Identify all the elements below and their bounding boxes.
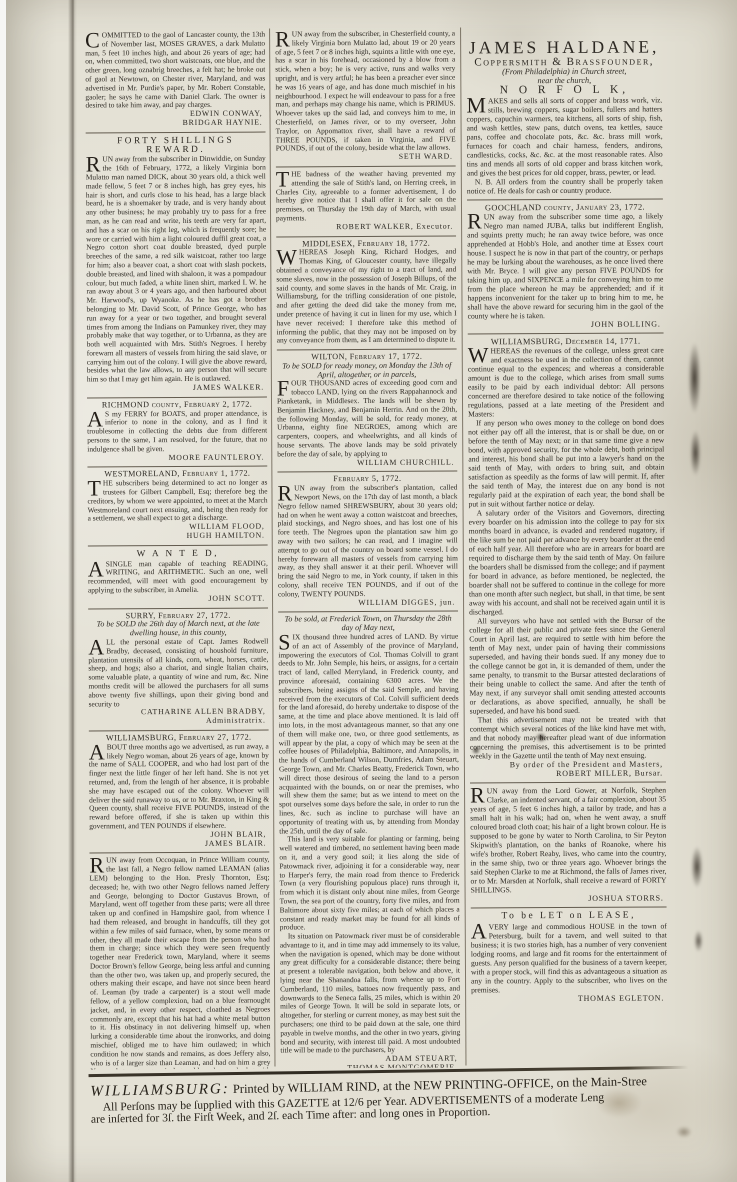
paragraph-text: S my FERRY for BOATS, and proper attenda… [87, 408, 267, 453]
article-paragraph: THE badness of the weather having preven… [276, 169, 456, 223]
article-paragraph: THE subscribers being determined to act … [87, 479, 267, 524]
paragraph-text: UN away from the subscriber some time ag… [467, 212, 663, 321]
article: WESTMORELAND, February 1, 1772.THE subsc… [87, 466, 267, 541]
signature: HUGH HAMILTON. [88, 532, 268, 542]
article: MIDDLESEX, February 18, 1772.WHEREAS Jos… [276, 235, 457, 346]
paragraph-text: Its situation on Patowmack river must be… [280, 931, 461, 1055]
article-paragraph: COMMITTED to the gaol of Lancaster count… [85, 31, 265, 111]
paper-stain [596, 1088, 642, 1118]
ink-stain [691, 846, 703, 888]
signature: ROBERT MILLER, Bursar. [470, 769, 666, 779]
column-right: JAMES HALDANE,Coppersmith & Brassfounder… [466, 32, 667, 1003]
paragraph-text: LL the personal estate of Capt. James Ro… [88, 637, 268, 709]
paragraph-text: AKES and sells all sorts of copper and b… [467, 96, 663, 178]
article: W A N T E D,ASINGLE man capable of teach… [88, 544, 268, 604]
drop-cap: W [276, 249, 299, 266]
article: RUN away from the subscriber, in Chester… [275, 28, 456, 163]
paragraph-text: A salutary order of the Visitors and Gov… [469, 508, 665, 617]
article: THE badness of the weather having preven… [276, 165, 456, 232]
article-paragraph: ASINGLE man capable of teaching READING,… [88, 559, 268, 595]
drop-cap: W [468, 346, 491, 363]
paragraph-text: All surveyors who have not settled with … [469, 616, 665, 716]
column-divider [460, 28, 466, 1066]
ink-blot [536, 733, 546, 742]
paragraph-text: OMMITTED to the gaol of Lancaster county… [85, 30, 265, 110]
drop-cap: M [466, 96, 488, 113]
article: RICHMOND county, February 2, 1772.AS my … [87, 396, 267, 463]
article-paragraph: RUN away from the Lord Gower, at Norfolk… [470, 786, 667, 895]
paragraph-text: This land is very suitable for planting … [279, 834, 459, 932]
article-paragraph: All surveyors who have not settled with … [469, 616, 666, 716]
article-paragraph: RUN away from the subscriber some time a… [467, 212, 664, 321]
page-content: COMMITTED to the gaol of Lancaster count… [0, 0, 737, 1182]
ink-blot [472, 747, 480, 754]
article-paragraph: WHEREAS Joseph King, Richard Hodges, and… [276, 248, 457, 346]
article-paragraph: RUN away from Occoquan, in Prince Willia… [89, 856, 270, 1070]
article-paragraph: A salutary order of the Visitors and Gov… [469, 508, 666, 617]
newspaper-page: COMMITTED to the gaol of Lancaster count… [0, 0, 737, 1182]
drop-cap: A [89, 743, 107, 760]
paragraph-text: OUR THOUSAND acres of exceeding good cor… [277, 378, 457, 458]
signature: JAMES WALKER. [87, 384, 267, 394]
article-paragraph: WHEREAS the revenues of the college, unl… [468, 346, 664, 419]
drop-cap: R [467, 212, 484, 229]
drop-cap: C [85, 31, 102, 48]
paragraph-text: N. B. All orders from the country shall … [467, 177, 663, 196]
paragraph-text: SINGLE man capable of teaching READING, … [88, 558, 268, 594]
ink-stain [690, 430, 701, 476]
column-divider [269, 29, 275, 1067]
article-heading: N O R F O L K, [466, 86, 662, 96]
article-paragraph: RUN away from the subscriber's plantatio… [277, 484, 458, 599]
drop-cap: S [278, 633, 292, 650]
signature: THOMAS MONTGOMERIE, [280, 1064, 460, 1069]
drop-cap: A [88, 560, 106, 577]
signature: Administratrix. [89, 717, 269, 727]
signature: BRIDGAR HAYNIE. [86, 119, 266, 129]
signature: JOSHUA STORRS. [471, 894, 667, 904]
paragraph-text: UN away from the subscriber's plantation… [278, 483, 458, 599]
drop-cap: A [88, 638, 106, 655]
article: To be sold, at Frederick Town, on Thursd… [278, 611, 460, 1069]
drop-cap: R [275, 30, 292, 47]
article: WILTON, February 17, 1772.To be SOLD for… [277, 349, 458, 468]
article-paragraph: RUN away from the subscriber in Dinwiddi… [86, 155, 267, 385]
article-paragraph: Its situation on Patowmack river must be… [280, 932, 461, 1056]
signature: JOHN SCOTT. [88, 594, 268, 604]
drop-cap: R [86, 156, 103, 173]
drop-cap: F [277, 380, 291, 397]
article-paragraph: ALL the personal estate of Capt. James R… [88, 638, 268, 709]
article-paragraph: SIX thousand three hundred acres of LAND… [278, 633, 459, 836]
signature: JAMES BLAIR. [89, 839, 269, 849]
article: GOOCHLAND county, January 23, 1772.RUN a… [467, 199, 664, 330]
article-paragraph: N. B. All orders from the country shall … [467, 177, 663, 196]
article-paragraph: That this advertisement may not be treat… [470, 715, 666, 761]
article: WILLIAMSBURG, February 27, 1772.ABOUT th… [89, 729, 270, 848]
paragraph-text: HEREAS Joseph King, Richard Hodges, and … [276, 247, 456, 345]
article-paragraph: AVERY large and commodious HOUSE in the … [471, 922, 667, 995]
paragraph-text: UN away from the subscriber in Dinwiddie… [86, 154, 267, 384]
paragraph-text: BOUT three months ago we advertised, as … [89, 741, 269, 830]
article: RUN away from the Lord Gower, at Norfolk… [470, 782, 667, 904]
article-paragraph: This land is very suitable for planting … [279, 835, 460, 933]
article-paragraph: MAKES and sells all sorts of copper and … [466, 96, 662, 178]
paragraph-text: HEREAS the revenues of the college, unle… [468, 346, 664, 419]
article-paragraph: RUN away from the subscriber, in Chester… [275, 30, 456, 154]
drop-cap: A [471, 922, 489, 939]
article: FORTY SHILLINGS REWARD.RUN away from the… [86, 131, 267, 393]
drop-cap: R [277, 485, 294, 502]
drop-cap: A [87, 410, 105, 427]
signature: THOMAS EGLETON. [471, 994, 667, 1004]
column-middle: RUN away from the subscriber, in Chester… [275, 28, 460, 1069]
article-heading: FORTY SHILLINGS REWARD. [86, 136, 266, 155]
article-paragraph: If any person who owes money to the coll… [468, 418, 664, 509]
article-heading: JAMES HALDANE, [466, 36, 662, 57]
paragraph-text: VERY large and commodious HOUSE in the t… [471, 922, 667, 995]
article: WILLIAMSBURG, December 14, 1771.WHEREAS … [468, 333, 666, 779]
signature: JOHN BOLLING. [468, 320, 664, 330]
column-left: COMMITTED to the gaol of Lancaster count… [85, 29, 270, 1070]
article: JAMES HALDANE,Coppersmith & Brassfounder… [466, 32, 663, 195]
article: COMMITTED to the gaol of Lancaster count… [85, 29, 266, 129]
signature: WILLIAM CHURCHILL. [277, 458, 457, 468]
article: To be LET on LEASE,AVERY large and commo… [471, 907, 667, 1004]
drop-cap: R [470, 786, 487, 803]
signature: SETH WARD. [276, 153, 456, 163]
article: February 5, 1772.RUN away from the subsc… [277, 471, 458, 608]
article-paragraph: AS my FERRY for BOATS, and proper attend… [87, 409, 267, 454]
imprint-city: WILLIAMSBURG: [90, 1081, 230, 1100]
drop-cap: R [89, 857, 106, 874]
article-paragraph: FOUR THOUSAND acres of exceeding good co… [277, 379, 457, 459]
paragraph-text: UN away from the subscriber, in Chesterf… [275, 29, 456, 153]
paragraph-text: That this advertisement may not be treat… [470, 715, 666, 761]
article-paragraph: ABOUT three months ago we advertised, as… [89, 742, 269, 831]
article: SURRY, February 27, 1772.To be SOLD the … [88, 607, 269, 726]
article: RUN away from Occoquan, in Prince Willia… [89, 852, 270, 1070]
drop-cap: T [87, 480, 103, 497]
paragraph-text: HE subscribers being determined to act n… [88, 478, 268, 523]
ink-stain [688, 342, 701, 414]
paragraph-text: IX thousand three hundred acres of LAND.… [278, 632, 459, 835]
paragraph-text: UN away from Occoquan, in Prince William… [89, 855, 270, 1070]
ink-stain [694, 930, 703, 952]
paragraph-text: HE badness of the weather having prevent… [276, 168, 456, 222]
article-heading: To be LET on LEASE, [471, 912, 667, 922]
paper-stain [676, 1126, 692, 1138]
paragraph-text: UN away from the Lord Gower, at Norfolk,… [470, 786, 666, 895]
drop-cap: T [276, 170, 292, 187]
signature: ROBERT WALKER, Executor. [276, 222, 456, 232]
signature: WILLIAM DIGGES, jun. [278, 598, 458, 608]
paragraph-text: If any person who owes money to the coll… [468, 418, 664, 509]
signature: MOORE FAUNTLEROY. [87, 453, 267, 463]
